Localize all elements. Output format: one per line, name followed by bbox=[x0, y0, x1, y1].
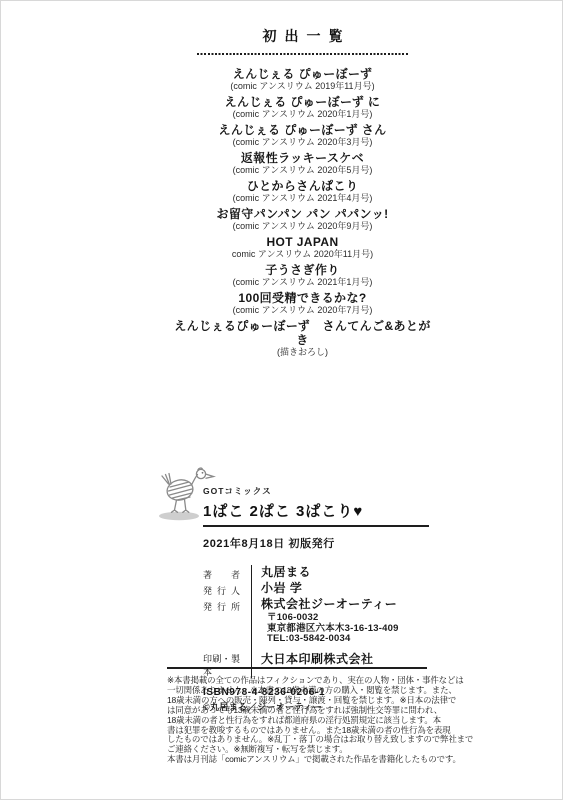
chapter-source: (comic アンスリウム 2021年1月号) bbox=[171, 277, 434, 287]
list-item: えんじぇる ぴゅーぼーず さん (comic アンスリウム 2020年3月号) bbox=[171, 123, 434, 147]
author-label: 著者 bbox=[203, 565, 251, 581]
publisher-name: 株式会社ジーオーティー bbox=[261, 597, 429, 611]
chapter-source: (comic アンスリウム 2020年3月号) bbox=[171, 137, 434, 147]
chapter-source: (comic アンスリウム 2021年4月号) bbox=[171, 193, 434, 203]
publisher-label: 発行所 bbox=[203, 597, 251, 647]
list-item: HOT JAPAN comic アンスリウム 2020年11月号) bbox=[171, 235, 434, 259]
list-item: 返報性ラッキースケベ (comic アンスリウム 2020年5月号) bbox=[171, 151, 434, 175]
publisher-cell: 株式会社ジーオーティー 〒106-0032 東京都港区六本木3-16-13-40… bbox=[251, 597, 429, 647]
chapter-title: ひとからさんぱこり bbox=[171, 179, 434, 193]
chapter-title: えんじぇるぴゅーぼーず さんてんご&あとがき bbox=[171, 319, 434, 347]
publisher-address: 〒106-0032 東京都港区六本木3-16-13-409 TEL:03-584… bbox=[261, 613, 429, 645]
list-item: 100回受精できるかな? (comic アンスリウム 2020年7月号) bbox=[171, 291, 434, 315]
postal-code: 〒106-0032 bbox=[267, 613, 429, 624]
chapter-title: HOT JAPAN bbox=[171, 235, 434, 249]
chapter-source: comic アンスリウム 2020年11月号) bbox=[171, 249, 434, 259]
phone-number: TEL:03-5842-0034 bbox=[267, 634, 429, 645]
chapter-title: えんじぇる ぴゅーぼーず bbox=[171, 67, 434, 81]
list-item: 子うさぎ作り (comic アンスリウム 2021年1月号) bbox=[171, 263, 434, 287]
chapter-source: (comic アンスリウム 2020年7月号) bbox=[171, 305, 434, 315]
chapter-title: 子うさぎ作り bbox=[171, 263, 434, 277]
colophon-page: 初出一覧 えんじぇる ぴゅーぼーず (comic アンスリウム 2019年11月… bbox=[0, 0, 563, 800]
list-item: えんじぇるぴゅーぼーず さんてんご&あとがき (描きおろし) bbox=[171, 319, 434, 357]
chapter-title: えんじぇる ぴゅーぼーず に bbox=[171, 95, 434, 109]
dotted-divider bbox=[197, 53, 409, 55]
legal-notice: ※本書掲載の全ての作品はフィクションであり、実在の人物・団体・事件などは一切関係… bbox=[167, 667, 427, 765]
author-name: 丸居まる bbox=[251, 565, 429, 581]
chapter-source: (comic アンスリウム 2019年11月号) bbox=[171, 81, 434, 91]
chapter-title: 返報性ラッキースケベ bbox=[171, 151, 434, 165]
issuer-label: 発行人 bbox=[203, 581, 251, 597]
bird-doodle-illustration bbox=[156, 467, 220, 523]
issuer-name: 小岩 学 bbox=[251, 581, 429, 597]
first-publication-section: 初出一覧 えんじぇる ぴゅーぼーず (comic アンスリウム 2019年11月… bbox=[171, 28, 434, 361]
chapter-title: えんじぇる ぴゅーぼーず さん bbox=[171, 123, 434, 137]
list-item: お留守パンパン パン パパンッ! (comic アンスリウム 2020年9月号) bbox=[171, 207, 434, 231]
publication-info-table: 著者 丸居まる 発行人 小岩 学 発行所 株式会社ジーオーティー 〒106-00… bbox=[203, 565, 429, 678]
chapter-title: 100回受精できるかな? bbox=[171, 291, 434, 305]
first-publication-list: えんじぇる ぴゅーぼーず (comic アンスリウム 2019年11月号) えん… bbox=[171, 67, 434, 357]
list-item: えんじぇる ぴゅーぼーず に (comic アンスリウム 2020年1月号) bbox=[171, 95, 434, 119]
chapter-source: (comic アンスリウム 2020年9月号) bbox=[171, 221, 434, 231]
chapter-source: (描きおろし) bbox=[171, 347, 434, 357]
imprint-label: GOTコミックス bbox=[203, 485, 429, 497]
chapter-source: (comic アンスリウム 2020年5月号) bbox=[171, 165, 434, 175]
section-title: 初出一覧 bbox=[171, 28, 434, 45]
list-item: えんじぇる ぴゅーぼーず (comic アンスリウム 2019年11月号) bbox=[171, 67, 434, 91]
edition-date: 2021年8月18日 初版発行 bbox=[203, 535, 429, 551]
chapter-title: お留守パンパン パン パパンッ! bbox=[171, 207, 434, 221]
legal-line: 本書は月刊誌「comicアンスリウム」で掲載された作品を書籍化したものです。 bbox=[167, 755, 427, 765]
chapter-source: (comic アンスリウム 2020年1月号) bbox=[171, 109, 434, 119]
book-title: 1ぱこ 2ぱこ 3ぱこり♥ bbox=[203, 500, 429, 527]
list-item: ひとからさんぱこり (comic アンスリウム 2021年4月号) bbox=[171, 179, 434, 203]
